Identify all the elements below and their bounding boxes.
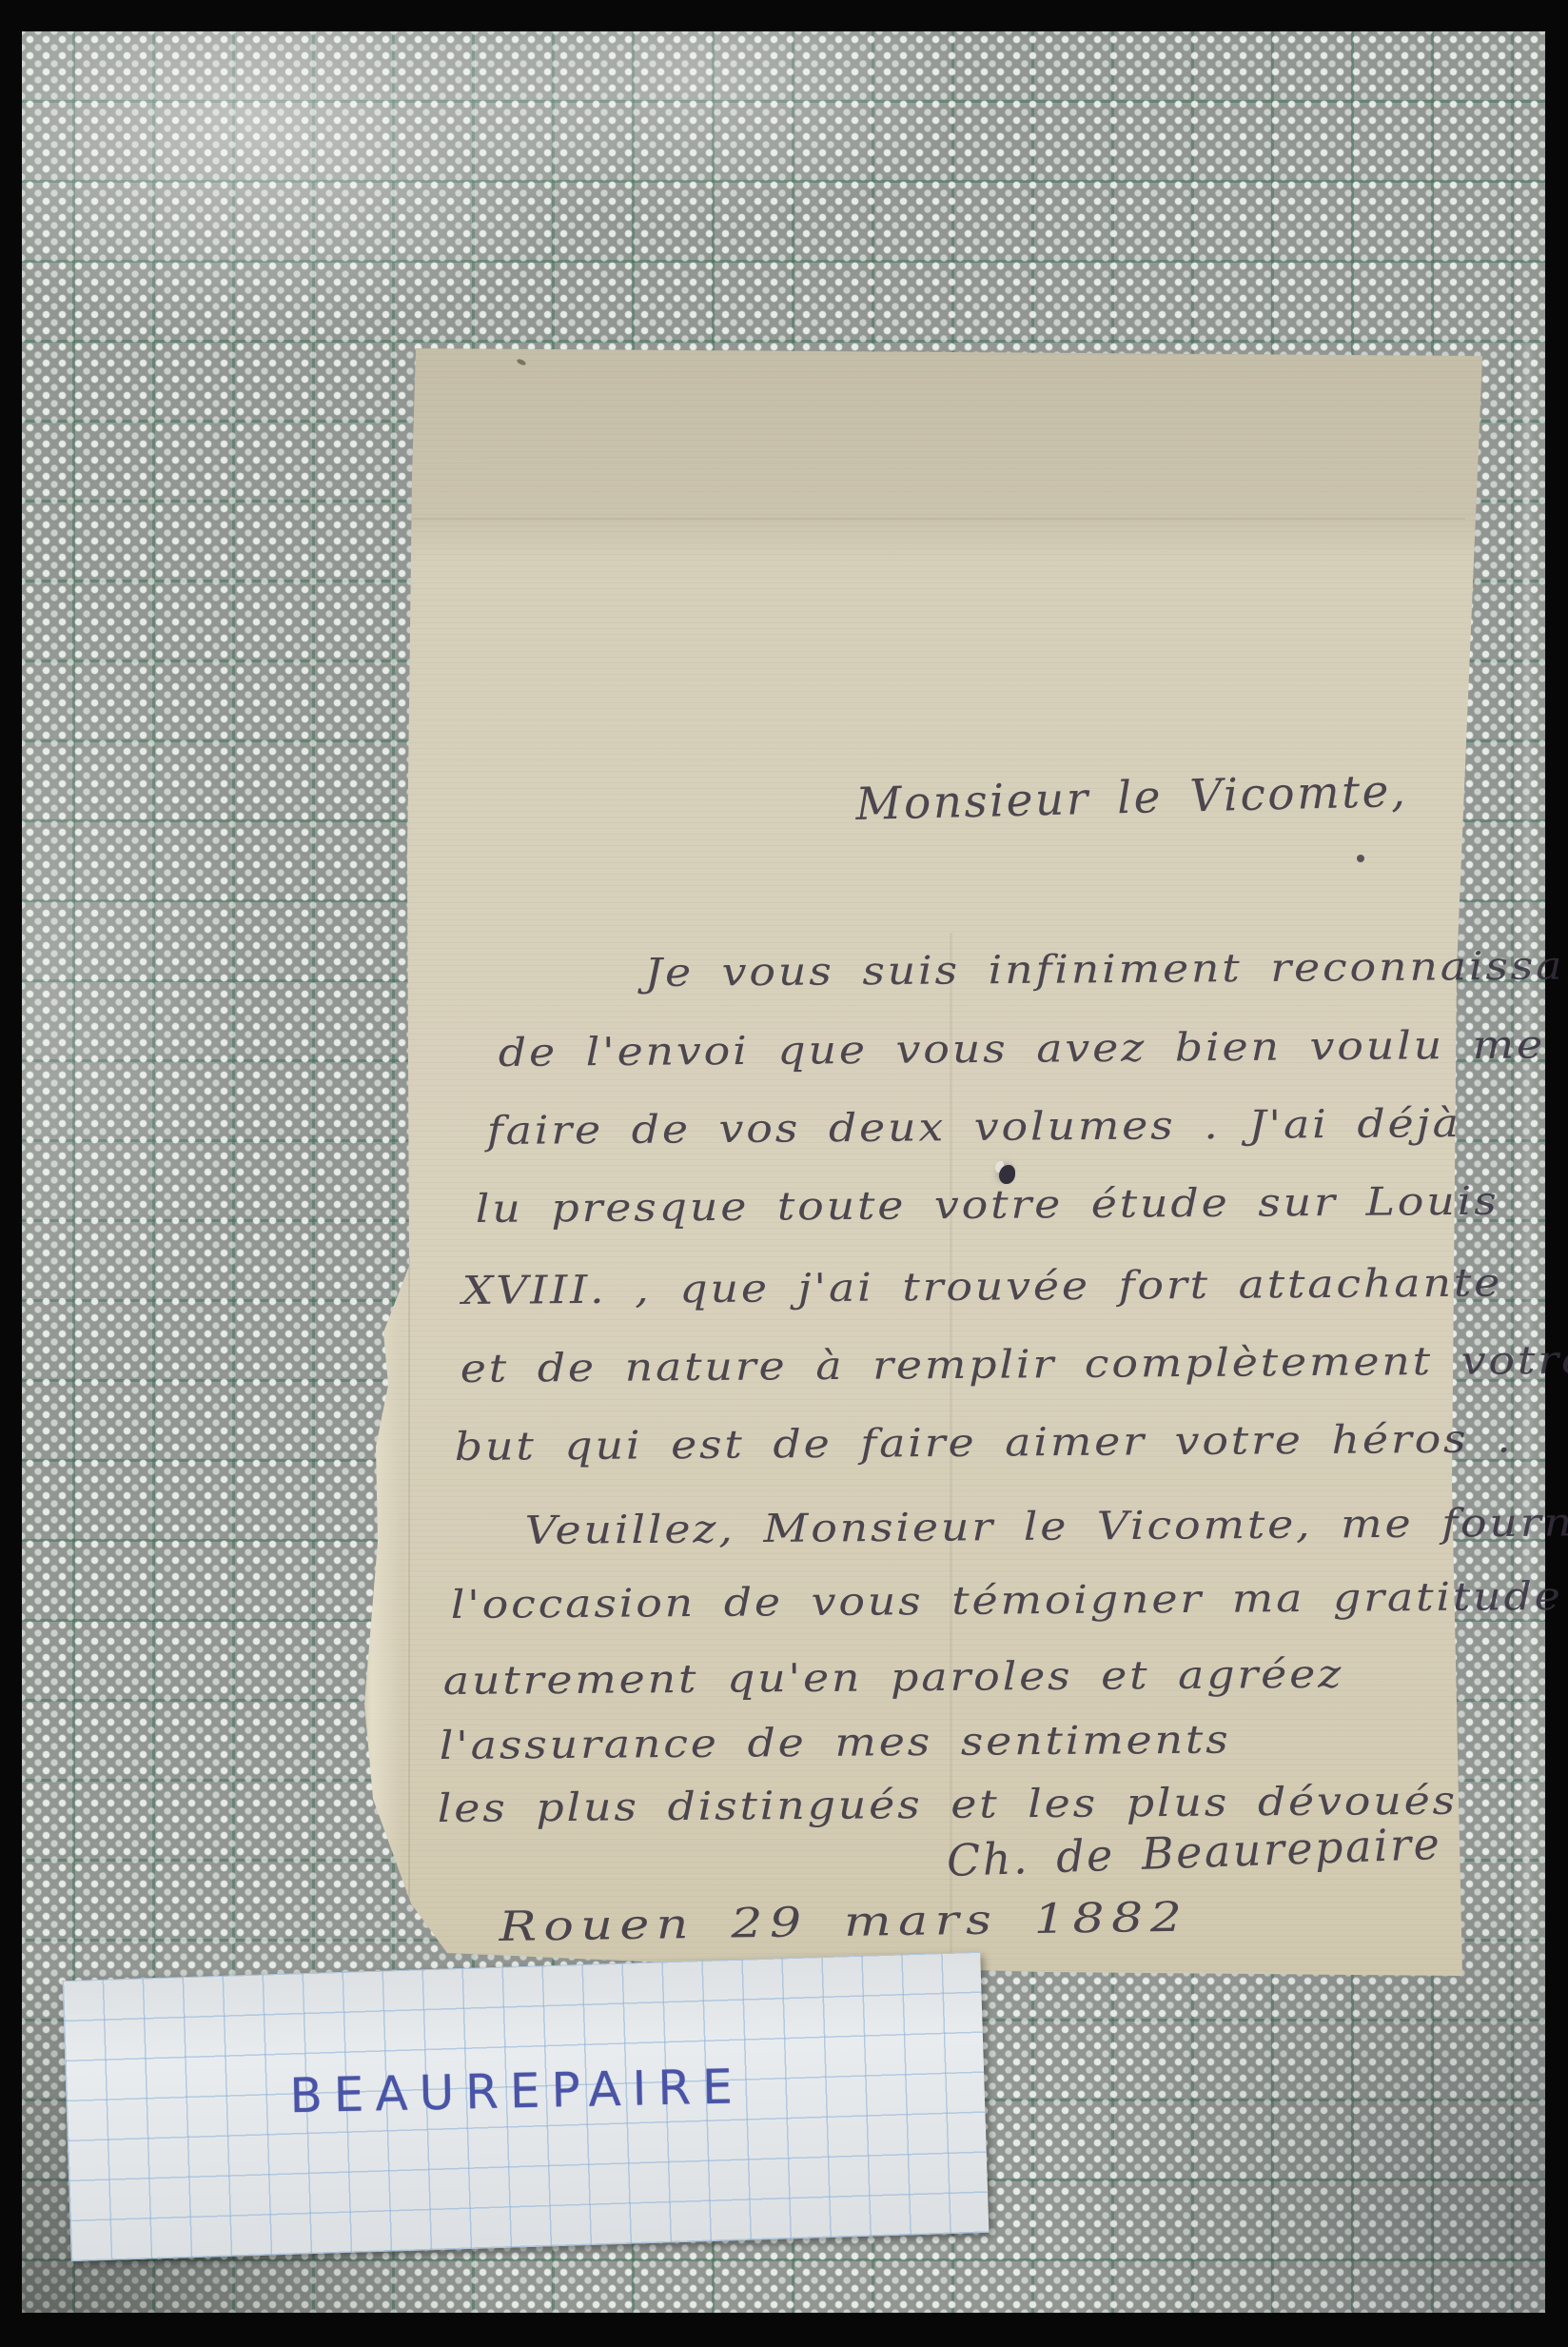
- archive-label: BEAUREPAIRE: [63, 1952, 990, 2261]
- letter-line: lu presque toute votre étude sur Louis: [476, 1178, 1499, 1232]
- label-text: BEAUREPAIRE: [289, 2059, 744, 2123]
- letter-line: et de nature à remplir complètement votr…: [461, 1337, 1568, 1391]
- letter-line: XVIII. , que j'ai trouvée fort attachant…: [462, 1259, 1503, 1313]
- sleeve-seam-highlight: [1525, 343, 1531, 1961]
- letter-line: faire de vos deux volumes . J'ai déjà: [487, 1100, 1461, 1154]
- letter-dateline: Rouen 29 mars 1882: [499, 1894, 1189, 1951]
- ink-speck: [1357, 855, 1364, 862]
- letter-line: autrement qu'en paroles et agréez: [443, 1651, 1344, 1704]
- letter-line: l'occasion de vous témoigner ma gratitud…: [451, 1573, 1563, 1627]
- letter-line: de l'envoi que vous avez bien voulu me: [499, 1021, 1546, 1075]
- letter-line: Veuillez, Monsieur le Vicomte, me fourni…: [525, 1499, 1568, 1553]
- left-edge-crease: [408, 1256, 410, 1980]
- letter-line: l'assurance de mes sentiments: [440, 1717, 1231, 1768]
- photo-of-letter: Monsieur le Vicomte, Je vous suis infini…: [0, 0, 1568, 2347]
- horizontal-fold-crease: [400, 518, 1465, 520]
- letter-line: Je vous suis infiniment reconnaissant: [645, 942, 1568, 996]
- letter-line: but qui est de faire aimer votre héros .: [455, 1415, 1514, 1469]
